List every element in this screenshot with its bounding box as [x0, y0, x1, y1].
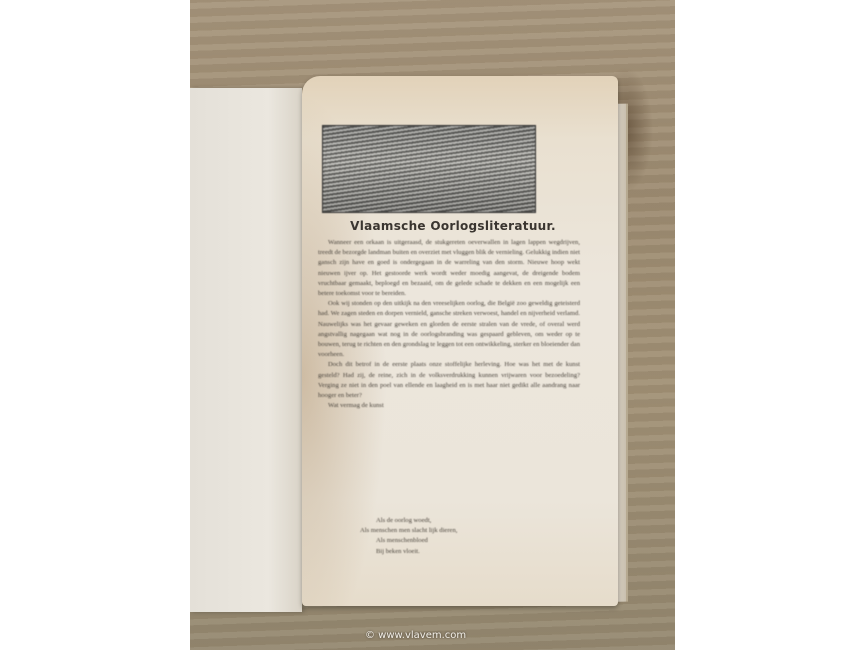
paragraph: Ook wij stonden op den uitkijk na den vr… — [318, 299, 580, 360]
paragraph: Doch dit betrof in de eerste plaats onze… — [318, 360, 580, 401]
poem-line: Als menschen men slacht lijk dieren, — [318, 526, 580, 536]
paragraph: Wat vermag de kunst — [318, 401, 580, 411]
engraving-illustration — [322, 125, 536, 213]
body-text: Wanneer een orkaan is uitgeraasd, de stu… — [318, 238, 580, 411]
poem-line: Als de oorlog woedt, — [318, 516, 580, 526]
book-photo: Vlaamsche Oorlogsliteratuur. Wanneer een… — [190, 0, 675, 650]
poem-line: Bij beken vloeit. — [318, 547, 580, 557]
poem-line: Als menschenbloed — [318, 536, 580, 546]
chapter-heading: Vlaamsche Oorlogsliteratuur. — [328, 219, 578, 233]
paragraph: Wanneer een orkaan is uitgeraasd, de stu… — [318, 238, 580, 299]
poem: Als de oorlog woedt, Als menschen men sl… — [318, 516, 580, 557]
right-page: Vlaamsche Oorlogsliteratuur. Wanneer een… — [302, 76, 618, 606]
copyright-watermark: © www.vlavem.com — [365, 630, 466, 641]
left-page — [190, 88, 302, 612]
